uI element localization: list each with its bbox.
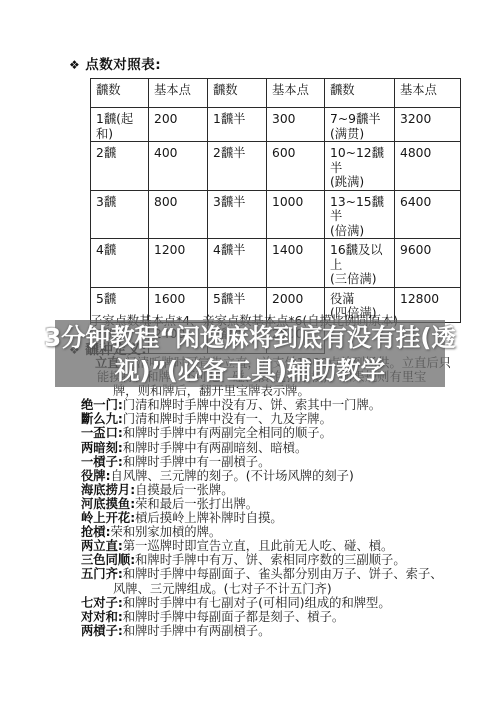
points-table-cell: 3200 xyxy=(395,108,461,142)
definition-label: 抢槓: xyxy=(81,525,111,539)
points-table-cell: 2飜 xyxy=(91,142,149,191)
points-table-cell: 16飜及以上 (三倍满) xyxy=(325,239,395,288)
points-table-cell: 1200 xyxy=(149,239,208,288)
definition-text: 门清和牌时手牌中没有一、九及字牌。 xyxy=(123,412,332,426)
definition-text: 和牌时手牌中有万、饼、索相同序数的三副顺子。 xyxy=(135,553,406,567)
points-table-cell: 4飜半 xyxy=(208,239,267,288)
definition-text: 槓后摸岭上牌补牌时自摸。 xyxy=(135,511,283,525)
definition-label: 斷么九: xyxy=(81,412,123,426)
points-table-cell: 3飜半 xyxy=(208,190,267,239)
watermark-line-1: 3分钟教程“闲逸麻将到底有没有挂(透 xyxy=(44,321,456,354)
points-table-header-cell: 飜数 xyxy=(325,79,395,108)
definition-line: 两暗刻:和牌时手牌中有两副暗刻、暗槓。 xyxy=(0,441,500,455)
points-table-cell: 3飜 xyxy=(91,190,149,239)
definition-label: 七对子: xyxy=(81,596,123,610)
points-table-header-cell: 基本点 xyxy=(395,79,461,108)
points-table-cell: 7~9飜半 (满贯) xyxy=(325,108,395,142)
points-table-row: 4飜12004飜半140016飜及以上 (三倍满)9600 xyxy=(91,239,461,288)
definition-text: 和牌时手牌中有七副对子(可相同)组成的和牌型。 xyxy=(123,596,391,610)
definition-line: 河底摸鱼:荣和最后一张打出牌。 xyxy=(0,497,500,511)
definition-line: 两立直:第一巡牌时即宣告立直，且此前无人吃、碰、槓。 xyxy=(0,539,500,553)
definition-label: 海底捞月: xyxy=(81,483,135,497)
watermark-line-2: 视)”(必备工具)辅助教学 xyxy=(115,354,385,387)
points-table-cell: 1400 xyxy=(267,239,325,288)
definition-label: 役牌: xyxy=(81,469,111,483)
definition-text: 和牌时手牌中有两副暗刻、暗槓。 xyxy=(123,441,307,455)
definition-text: 第一巡牌时即宣告立直，且此前无人吃、碰、槓。 xyxy=(123,539,394,553)
definition-text: 和牌时手牌中有两副槓子。 xyxy=(123,624,271,638)
definition-line: 五门齐:和牌时手牌中每副面子、雀头都分别由万子、饼子、索子、 xyxy=(0,567,500,581)
points-table-header-cell: 基本点 xyxy=(149,79,208,108)
definition-line: 风牌、三元牌组成。(七对子不计五门齐) xyxy=(0,582,500,596)
definition-line: 海底捞月:自摸最后一张牌。 xyxy=(0,483,500,497)
definition-label: 一槓子: xyxy=(81,455,123,469)
definition-line: 三色同顺:和牌时手牌中有万、饼、索相同序数的三副顺子。 xyxy=(0,553,500,567)
definition-label: 对对和: xyxy=(81,610,123,624)
points-table-header-cell: 飜数 xyxy=(208,79,267,108)
points-table-row: 3飜8003飜半100013~15飜半 (倍满)6400 xyxy=(91,190,461,239)
definition-label: 两暗刻: xyxy=(81,441,123,455)
points-table-cell: 6400 xyxy=(395,190,461,239)
points-table-cell: 1飜(起和) xyxy=(91,108,149,142)
definition-label: 岭上开花: xyxy=(81,511,135,525)
definition-label: 绝一门: xyxy=(81,398,123,412)
points-table-cell: 10~12飜半 (跳满) xyxy=(325,142,395,191)
points-table-cell: 300 xyxy=(267,108,325,142)
points-table-header-cell: 基本点 xyxy=(267,79,325,108)
definition-text: 和牌时手牌中每副面子、雀头都分别由万子、饼子、索子、 xyxy=(123,567,443,581)
points-table-cell: 2飜半 xyxy=(208,142,267,191)
points-table-cell: 200 xyxy=(149,108,208,142)
definition-label: 河底摸鱼: xyxy=(81,497,135,511)
points-table-cell: 9600 xyxy=(395,239,461,288)
points-table-title: ❖点数对照表: xyxy=(69,53,161,73)
definition-line: 一盃口:和牌时手牌中有两副完全相同的顺子。 xyxy=(0,426,500,440)
definition-label: 两槓子: xyxy=(81,624,123,638)
points-table-cell: 1000 xyxy=(267,190,325,239)
definition-line: 岭上开花:槓后摸岭上牌补牌时自摸。 xyxy=(0,511,500,525)
points-table-cell: 4飜 xyxy=(91,239,149,288)
points-table-cell: 800 xyxy=(149,190,208,239)
definition-label: 一盃口: xyxy=(81,426,123,440)
definition-text: 自风牌、三元牌的刻子。(不计场风牌的刻子) xyxy=(111,469,354,483)
definition-line: 七对子:和牌时手牌中有七副对子(可相同)组成的和牌型。 xyxy=(0,596,500,610)
definition-line: 抢槓:荣和别家加槓的牌。 xyxy=(0,525,500,539)
points-table-header-cell: 飜数 xyxy=(91,79,149,108)
points-table-title-text: 点数对照表: xyxy=(85,57,161,73)
definition-label: 三色同顺: xyxy=(81,553,135,567)
points-table-row: 1飜(起和)2001飜半3007~9飜半 (满贯)3200 xyxy=(91,108,461,142)
points-table-cell: 13~15飜半 (倍满) xyxy=(325,190,395,239)
definition-line: 对对和:和牌时手牌中每副面子都是刻子、槓子。 xyxy=(0,610,500,624)
points-table-cell: 4800 xyxy=(395,142,461,191)
definition-text: 荣和最后一张打出牌。 xyxy=(135,497,258,511)
definition-line: 两槓子:和牌时手牌中有两副槓子。 xyxy=(0,624,500,638)
document-page: ❖点数对照表: 飜数基本点飜数基本点飜数基本点 1飜(起和)2001飜半3007… xyxy=(0,0,500,707)
definition-text: 和牌时手牌中有一副槓子。 xyxy=(123,455,271,469)
points-table-cell: 600 xyxy=(267,142,325,191)
points-table-cell: 12800 xyxy=(395,287,461,322)
points-table-cell: 400 xyxy=(149,142,208,191)
definition-line: 役牌:自风牌、三元牌的刻子。(不计场风牌的刻子) xyxy=(0,469,500,483)
definition-text: 和牌时手牌中每副面子都是刻子、槓子。 xyxy=(123,610,344,624)
points-table-cell: 1飜半 xyxy=(208,108,267,142)
points-table-row: 2飜4002飜半60010~12飜半 (跳满)4800 xyxy=(91,142,461,191)
diamond-bullet-icon: ❖ xyxy=(69,58,80,72)
definition-text: 门清和牌时手牌中没有万、饼、索其中一门牌。 xyxy=(123,398,381,412)
definition-line: 斷么九:门清和牌时手牌中没有一、九及字牌。 xyxy=(0,412,500,426)
definition-label: 五门齐: xyxy=(81,567,123,581)
definition-line: 一槓子:和牌时手牌中有一副槓子。 xyxy=(0,455,500,469)
definition-text: 风牌、三元牌组成。(七对子不计五门齐) xyxy=(113,582,332,596)
definition-text: 荣和别家加槓的牌。 xyxy=(111,525,222,539)
definition-label: 两立直: xyxy=(81,539,123,553)
definition-line: 绝一门:门清和牌时手牌中没有万、饼、索其中一门牌。 xyxy=(0,398,500,412)
watermark-text: 3分钟教程“闲逸麻将到底有没有挂(透 视)”(必备工具)辅助教学 xyxy=(40,320,460,387)
definitions-list: 立直:门清听牌时可宣告立直，并支付1000点放到场供。立直后只能摸打、和牌，不可… xyxy=(0,356,500,638)
definition-text: 和牌时手牌中有两副完全相同的顺子。 xyxy=(123,426,332,440)
definition-text: 自摸最后一张牌。 xyxy=(135,483,233,497)
